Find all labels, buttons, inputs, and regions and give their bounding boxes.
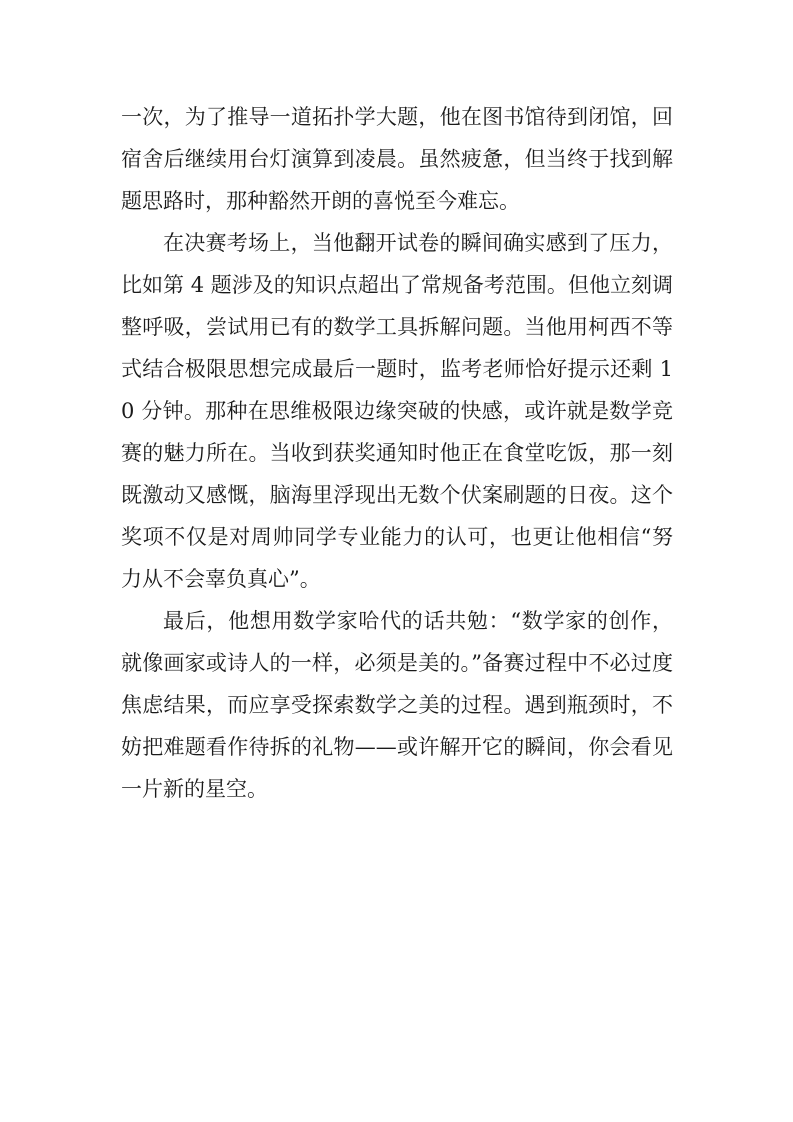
document-page: 一次，为了推导一道拓扑学大题，他在图书馆待到闭馆，回宿舍后继续用台灯演算到凌晨。… <box>0 0 793 1122</box>
paragraph: 最后，他想用数学家哈代的话共勉：“数学家的创作，就像画家或诗人的一样，必须是美的… <box>121 600 673 810</box>
paragraph: 在决赛考场上，当他翻开试卷的瞬间确实感到了压力，比如第 4 题涉及的知识点超出了… <box>121 222 673 600</box>
document-text-block: 一次，为了推导一道拓扑学大题，他在图书馆待到闭馆，回宿舍后继续用台灯演算到凌晨。… <box>121 96 673 810</box>
paragraph: 一次，为了推导一道拓扑学大题，他在图书馆待到闭馆，回宿舍后继续用台灯演算到凌晨。… <box>121 96 673 222</box>
